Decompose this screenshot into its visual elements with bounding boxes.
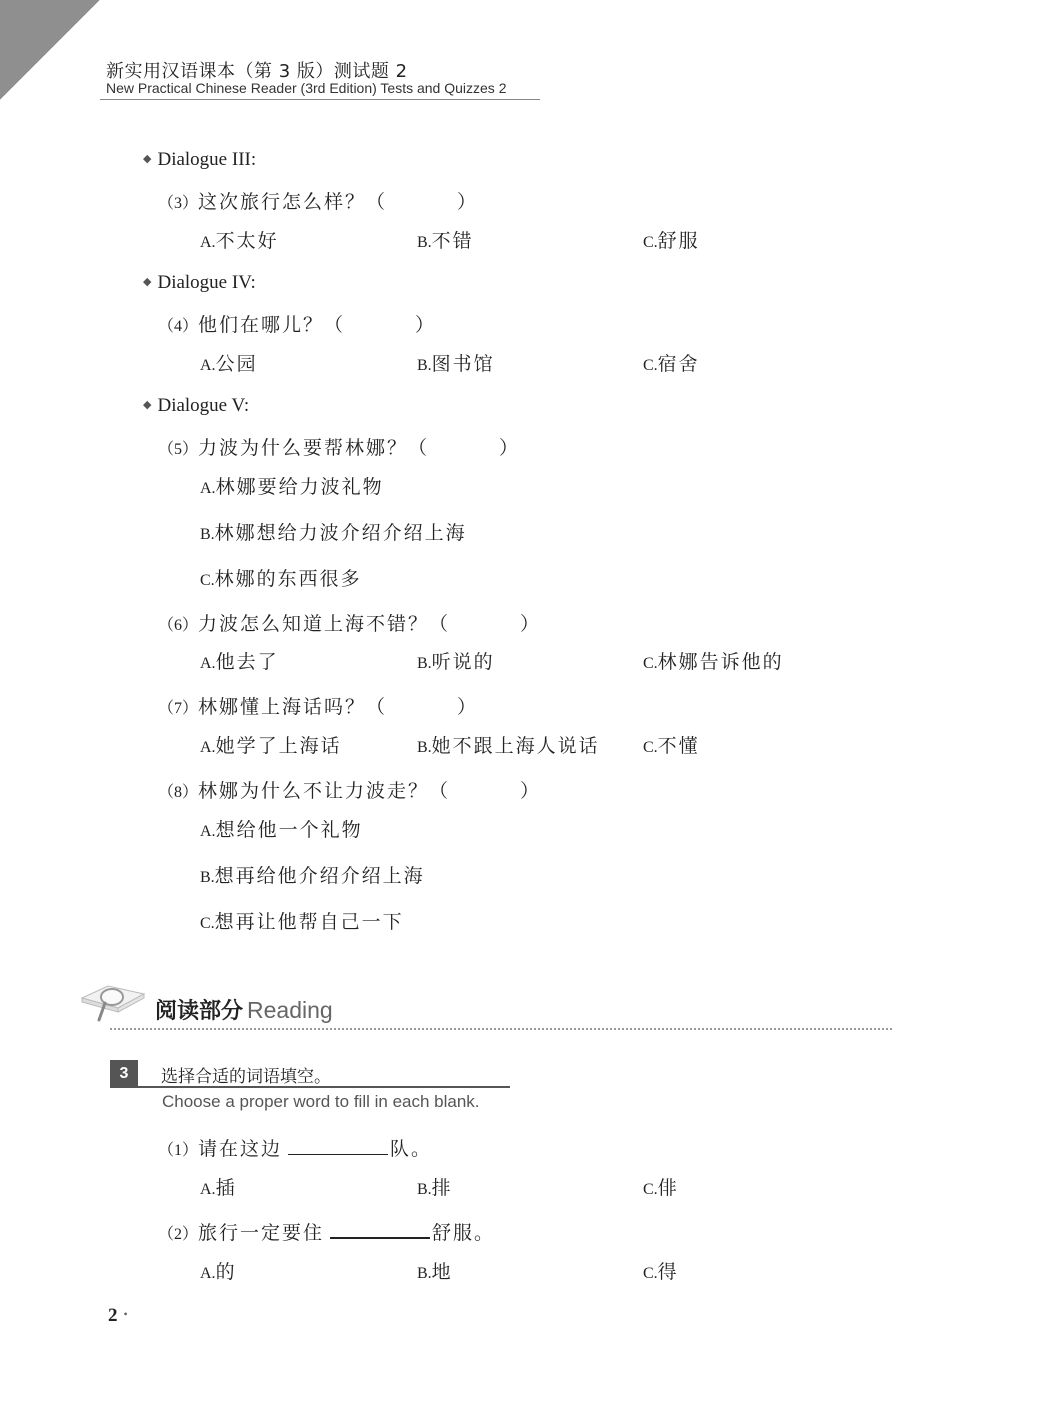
reading-section-title: 阅读部分Reading (155, 994, 333, 1025)
fill-question-1: （1）请在这边队。 (158, 1134, 432, 1161)
diamond-bullet-icon: ◆ (143, 399, 151, 411)
fill-blank[interactable] (330, 1219, 430, 1239)
instruction-en: Choose a proper word to fill in each bla… (162, 1092, 480, 1112)
option-b[interactable]: B.不错 (417, 226, 474, 253)
instruction-cn: 选择合适的词语填空。 (161, 1062, 331, 1087)
question-6: （6）力波怎么知道上海不错？（） (158, 609, 541, 636)
option-c[interactable]: C.宿舍 (643, 349, 700, 376)
option-a[interactable]: A.他去了 (200, 647, 279, 674)
option-a[interactable]: A.插 (200, 1173, 237, 1200)
header-rule (100, 99, 540, 100)
option-b[interactable]: B.图书馆 (417, 349, 495, 376)
fill-blank[interactable] (288, 1136, 388, 1155)
option-c[interactable]: C.不懂 (643, 731, 700, 758)
question-8: （8）林娜为什么不让力波走？（） (158, 776, 541, 803)
section-number-badge: 3 (110, 1060, 138, 1087)
dialogue-label: ◆Dialogue III: (143, 149, 256, 171)
dotted-divider (110, 1028, 892, 1030)
option-c[interactable]: C.想再让他帮自己一下 (200, 907, 404, 934)
option-a[interactable]: A.公园 (200, 349, 258, 376)
page-number: 2• (108, 1305, 128, 1327)
corner-decoration (0, 0, 100, 100)
section-rule (110, 1086, 510, 1088)
fill-question-2: （2）旅行一定要住舒服。 (158, 1218, 495, 1245)
question-7: （7）林娜懂上海话吗？（） (158, 692, 478, 719)
option-b[interactable]: B.想再给他介绍介绍上海 (200, 861, 425, 888)
book-title-en: New Practical Chinese Reader (3rd Editio… (106, 80, 506, 96)
option-a[interactable]: A.不太好 (200, 226, 279, 253)
option-c[interactable]: C.得 (643, 1257, 679, 1284)
option-b[interactable]: B.林娜想给力波介绍介绍上海 (200, 518, 467, 545)
option-c[interactable]: C.林娜的东西很多 (200, 564, 362, 591)
option-a[interactable]: A.的 (200, 1257, 237, 1284)
option-b[interactable]: B.听说的 (417, 647, 495, 674)
question-4: （4）他们在哪儿？（） (158, 310, 436, 337)
option-c[interactable]: C.舒服 (643, 226, 700, 253)
option-b[interactable]: B.排 (417, 1173, 453, 1200)
option-a[interactable]: A.林娜要给力波礼物 (200, 472, 384, 499)
option-a[interactable]: A.想给他一个礼物 (200, 815, 363, 842)
question-3: （3）这次旅行怎么样？（） (158, 187, 478, 214)
dialogue-label: ◆Dialogue IV: (143, 272, 256, 294)
diamond-bullet-icon: ◆ (143, 153, 151, 165)
diamond-bullet-icon: ◆ (143, 276, 151, 288)
magnifier-book-icon (78, 980, 150, 1024)
option-c[interactable]: C.林娜告诉他的 (643, 647, 784, 674)
option-c[interactable]: C.俳 (643, 1173, 679, 1200)
dialogue-label: ◆Dialogue V: (143, 395, 249, 417)
option-b[interactable]: B.她不跟上海人说话 (417, 731, 600, 758)
question-5: （5）力波为什么要帮林娜？（） (158, 433, 520, 460)
option-a[interactable]: A.她学了上海话 (200, 731, 342, 758)
option-b[interactable]: B.地 (417, 1257, 453, 1284)
